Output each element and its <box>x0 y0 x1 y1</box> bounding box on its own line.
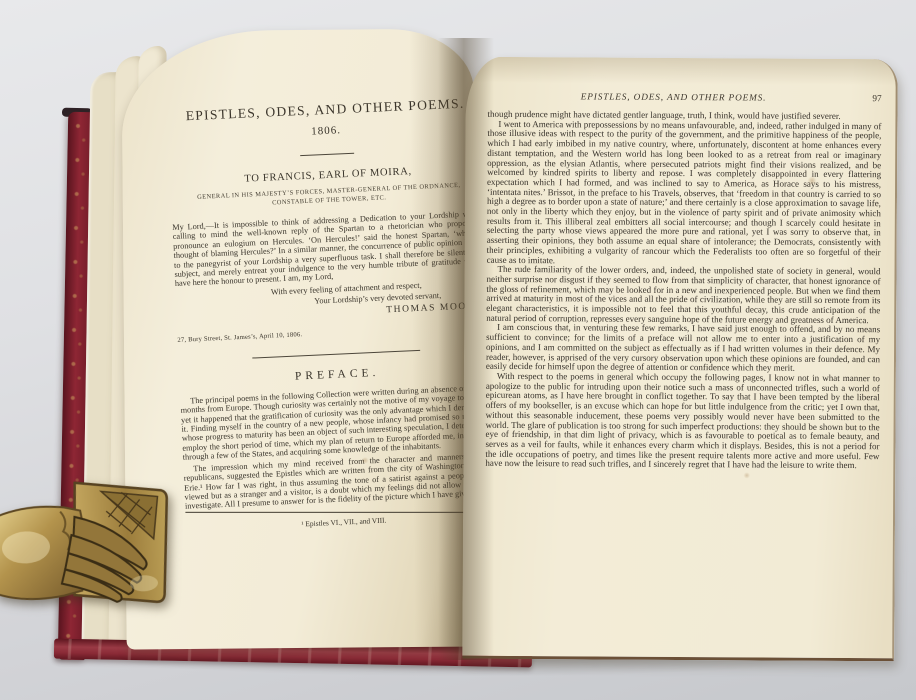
preface-heading: PREFACE. <box>179 361 479 387</box>
body-paragraph: With respect to the poems in general whi… <box>485 372 880 471</box>
preface-paragraph: The principal poems in the following Col… <box>180 382 479 462</box>
page-number: 97 <box>866 93 882 103</box>
dedication-heading: TO FRANCIS, EARL OF MOIRA, <box>170 163 479 188</box>
right-page-content: EPISTLES, ODES, AND OTHER POEMS. 97 thou… <box>485 91 881 471</box>
dedication-body: My Lord,—It is impossible to think of ad… <box>172 209 479 289</box>
body-paragraph: I am conscious that, in venturing these … <box>486 323 880 374</box>
right-page: EPISTLES, ODES, AND OTHER POEMS. 97 thou… <box>462 57 898 662</box>
body-paragraph: The rude familiarity of the lower orders… <box>486 265 880 326</box>
footnote: ¹ Epistles VI., VII., and VIII. <box>186 510 479 533</box>
divider-rule <box>252 350 420 359</box>
foxing-spot <box>743 472 750 478</box>
book-title: EPISTLES, ODES, AND OTHER POEMS. <box>167 95 479 125</box>
body-paragraph: I went to America with prepossessions by… <box>487 120 882 268</box>
address-date-line: 27, Bury Street, St. James’s, April 10, … <box>177 322 478 343</box>
left-page-content: EPISTLES, ODES, AND OTHER POEMS. 1806. T… <box>166 69 479 534</box>
brass-hand-clasp <box>0 461 196 631</box>
divider-rule <box>300 153 354 156</box>
footnote-divider <box>185 512 478 513</box>
running-header: EPISTLES, ODES, AND OTHER POEMS. <box>488 91 860 103</box>
book-photograph: EPISTLES, ODES, AND OTHER POEMS. 1806. T… <box>0 0 916 700</box>
running-header-row: EPISTLES, ODES, AND OTHER POEMS. 97 <box>488 91 882 103</box>
